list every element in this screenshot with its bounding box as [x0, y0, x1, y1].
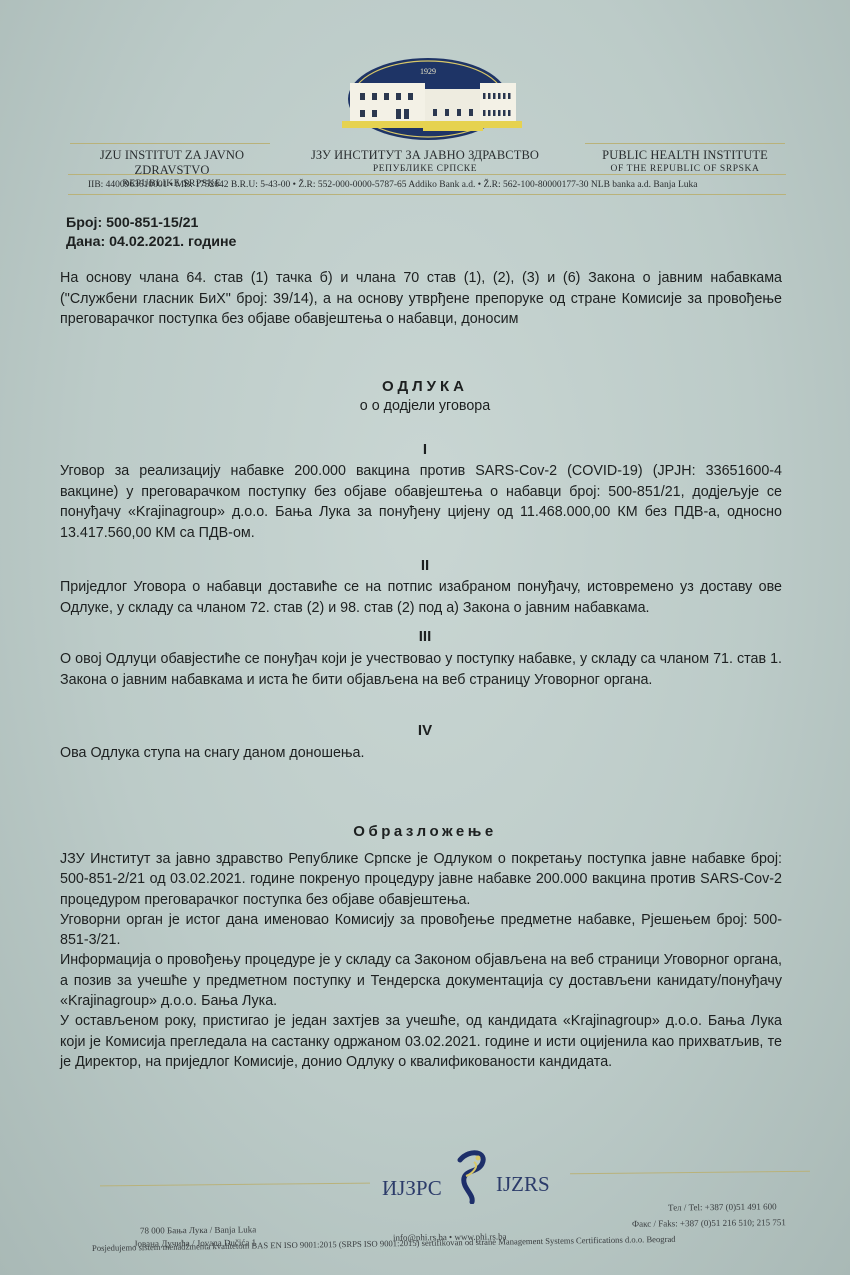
document-reference: Број: 500-851-15/21 Дана: 04.02.2021. го… [66, 214, 236, 252]
document-page: 1929 JZU INSTITUT ZA JAVNO ZDRAVSTVO REP… [0, 0, 850, 1275]
section-text: Уговор за реализацију набавке 200.000 ва… [60, 461, 782, 543]
header-center-line1: ЈЗУ ИНСТИТУТ ЗА ЈАВНО ЗДРАВСТВО [310, 148, 540, 163]
document-date: Дана: 04.02.2021. године [66, 233, 236, 252]
section-text: О овој Одлуци обавјестиће се понуђач кој… [60, 649, 782, 690]
header-divider [68, 194, 786, 195]
header-right-line1: PUBLIC HEALTH INSTITUTE [580, 148, 790, 163]
footer-fax: Факс / Faks: +387 (0)51 216 510; 215 751 [632, 1217, 786, 1229]
explanation-paragraph: Информација о провођењу процедуре је у с… [60, 950, 782, 1011]
footer-address-line1: 78 000 Бања Лука / Banja Luka [140, 1224, 256, 1235]
explanation-paragraph: ЈЗУ Институт за јавно здравство Републик… [60, 849, 782, 910]
section-numeral: III [0, 628, 850, 645]
footer-divider [570, 1171, 810, 1175]
explanation-body: ЈЗУ Институт за јавно здравство Републик… [60, 849, 782, 1072]
footer-logo-latin: IJZRS [496, 1172, 550, 1197]
section-numeral: I [0, 441, 850, 458]
document-number: Број: 500-851-15/21 [66, 214, 236, 233]
ribbon-emblem-icon [452, 1148, 492, 1204]
header-left-line1: JZU INSTITUT ZA JAVNO ZDRAVSTVO [62, 148, 282, 178]
logo-year: 1929 [420, 67, 436, 76]
section-text: Приједлог Уговора о набавци доставиће се… [60, 577, 782, 618]
preamble: На основу члана 64. став (1) тачка б) и … [60, 268, 782, 330]
explanation-paragraph: Уговорни орган је истог дана именовао Ко… [60, 910, 782, 951]
header-english-name: PUBLIC HEALTH INSTITUTE OF THE REPUBLIC … [580, 148, 790, 174]
decision-subtitle: о о додјели уговора [0, 398, 850, 414]
header-divider [585, 143, 785, 144]
header-registration-ids: IIB: 4400963610001 • MB: 1752642 B.R.U: … [88, 180, 808, 190]
section-numeral: IV [0, 722, 850, 739]
header-center-line2: РЕПУБЛИКЕ СРПСКЕ [310, 164, 540, 174]
header-right-line2: OF THE REPUBLIC OF SRPSKA [580, 164, 790, 174]
header-cyrillic-name: ЈЗУ ИНСТИТУТ ЗА ЈАВНО ЗДРАВСТВО РЕПУБЛИК… [310, 148, 540, 174]
footer-iso-certification: Posjedujemo sistem menadžmenta kvaliteto… [92, 1234, 676, 1253]
footer-divider [100, 1183, 370, 1187]
header-divider [70, 143, 270, 144]
section-text: Ова Одлука ступа на снагу даном доношења… [60, 743, 782, 764]
footer-logo-cyrillic: ИЈЗРС [382, 1176, 442, 1201]
explanation-paragraph: У остављеном року, пристигао је један за… [60, 1011, 782, 1072]
building-emblem-icon: 1929 [318, 55, 533, 143]
explanation-title: Образложење [0, 823, 850, 840]
footer-tel: Тел / Tel: +387 (0)51 491 600 [668, 1201, 777, 1212]
section-numeral: II [0, 557, 850, 574]
decision-title: ОДЛУКА [0, 378, 850, 395]
